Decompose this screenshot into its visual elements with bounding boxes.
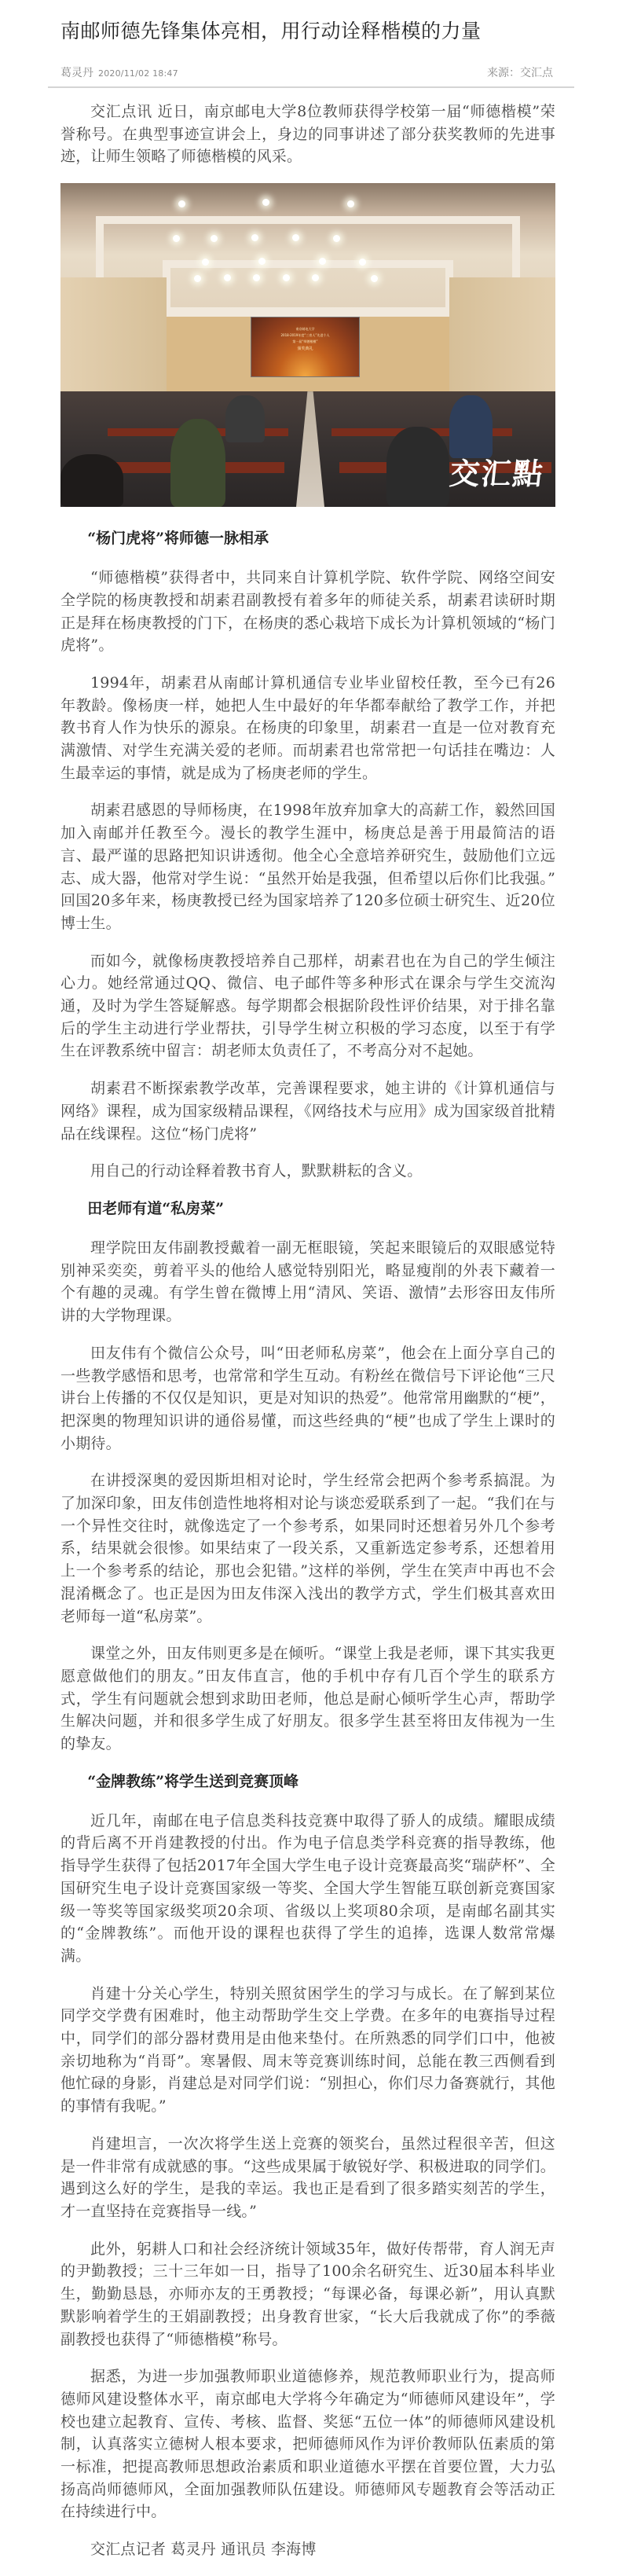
body-paragraph: 理学院田友伟副教授戴着一副无框眼镜，笑起来眼镜后的双眼感觉特别神采奕奕，剪着平头… — [60, 1237, 555, 1327]
body-paragraph: “师德楷模”获得者中，共同来自计算机学院、软件学院、网络空间安全学院的杨庚教授和… — [60, 567, 555, 657]
section-heading: 田老师有道“私房菜” — [60, 1198, 555, 1220]
intro-paragraph: 交汇点讯 近日，南京邮电大学8位教师获得学校第一届“师德楷模”荣誉称号。在典型事… — [60, 101, 555, 168]
article-title: 南邮师德先锋集体亮相，用行动诠释楷模的力量 — [60, 17, 555, 46]
ceiling-frame-inner — [163, 260, 453, 315]
body-paragraph: 肖建坦言，一次次将学生送上竞赛的领奖台，虽然过程很辛苦，但这是一件非常有成就感的… — [60, 2133, 555, 2223]
ceiling-light — [347, 200, 354, 207]
article-author: 葛灵丹 — [60, 67, 93, 79]
article-datetime: 2020/11/02 18:47 — [98, 68, 178, 79]
screen-line: 2018-2019年度“三育人”先进个人 — [251, 333, 359, 338]
article-meta: 葛灵丹2020/11/02 18:47 来源：交汇点 — [60, 63, 555, 80]
body-paragraph: 肖建十分关心学生，特别关照贫困学生的学习与成长。在了解到某位同学交学费有困难时，… — [60, 1983, 555, 2118]
screen-line: 颁奖典礼 — [251, 346, 359, 351]
audience-member — [386, 427, 449, 507]
body-paragraph: 田友伟有个微信公众号，叫“田老师私房菜”，他会在上面分享自己的一些教学感悟和思考… — [60, 1342, 555, 1455]
article-body: 交汇点讯 近日，南京邮电大学8位教师获得学校第一届“师德楷模”荣誉称号。在典型事… — [60, 101, 555, 2561]
ceiling-light — [178, 200, 185, 207]
right-wall — [449, 277, 555, 395]
event-photo: 南京邮电大学 2018-2019年度“三育人”先进个人 第一届“师德楷模” 颁奖… — [60, 183, 555, 507]
body-paragraph: 而如今，就像杨庚教授培养自己那样，胡素君也在为自己的学生倾注心力。她经常通过QQ… — [60, 950, 555, 1063]
body-paragraph: 在讲授深奥的爱因斯坦相对论时，学生经常会把两个参考系搞混。为了加深印象，田友伟创… — [60, 1470, 555, 1627]
article-byline: 交汇点记者 葛灵丹 通讯员 李海博 — [60, 2538, 555, 2561]
body-paragraph: 胡素君不断探索教学改革，完善课程要求，她主讲的《计算机通信与网络》课程，成为国家… — [60, 1077, 555, 1145]
body-paragraph: 胡素君感恩的导师杨庚，在1998年放弃加拿大的高薪工作，毅然回国加入南邮并任教至… — [60, 799, 555, 934]
meta-divider — [48, 86, 574, 88]
body-paragraph: 课堂之外，田友伟则更多是在倾听。“课堂上我是老师，课下其实我更愿意做他们的朋友。… — [60, 1642, 555, 1756]
section-heading: “杨门虎将”将师德一脉相承 — [60, 527, 555, 549]
body-paragraph: 近几年，南邮在电子信息类科技竞赛中取得了骄人的成绩。耀眼成绩的背后离不开肖建教授… — [60, 1810, 555, 1968]
body-paragraph: 1994年，胡素君从南邮计算机通信专业毕业留校任教，至今已有26年教龄。像杨庚一… — [60, 672, 555, 785]
watermark-logo: 交汇點 — [448, 450, 547, 493]
body-paragraph: 用自己的行动诠释着教书育人，默默耕耘的含义。 — [60, 1160, 555, 1183]
article-source: 来源：交汇点 — [487, 64, 553, 80]
ceiling-light — [262, 199, 269, 206]
audience-member — [60, 454, 123, 507]
screen-line: 南京邮电大学 — [251, 327, 359, 332]
section-heading: “金牌教练”将学生送到竞赛顶峰 — [60, 1771, 555, 1793]
screen-line: 第一届“师德楷模” — [251, 339, 359, 344]
body-paragraph: 此外，躬耕人口和社会经济统计领域35年，做好传帮带，育人润无声的尹勤教授；三十三… — [60, 2238, 555, 2351]
left-wall — [60, 277, 167, 395]
audience-member — [170, 419, 225, 507]
audience-member — [225, 395, 265, 442]
article-page: 南邮师德先锋集体亮相，用行动诠释楷模的力量 葛灵丹2020/11/02 18:4… — [60, 0, 555, 2561]
body-paragraph: 据悉，为进一步加强教师职业道德修养，规范教师职业行为，提高师德师风建设整体水平，… — [60, 2365, 555, 2523]
meta-left: 葛灵丹2020/11/02 18:47 — [60, 64, 178, 80]
projection-screen: 南京邮电大学 2018-2019年度“三育人”先进个人 第一届“师德楷模” 颁奖… — [251, 317, 360, 377]
